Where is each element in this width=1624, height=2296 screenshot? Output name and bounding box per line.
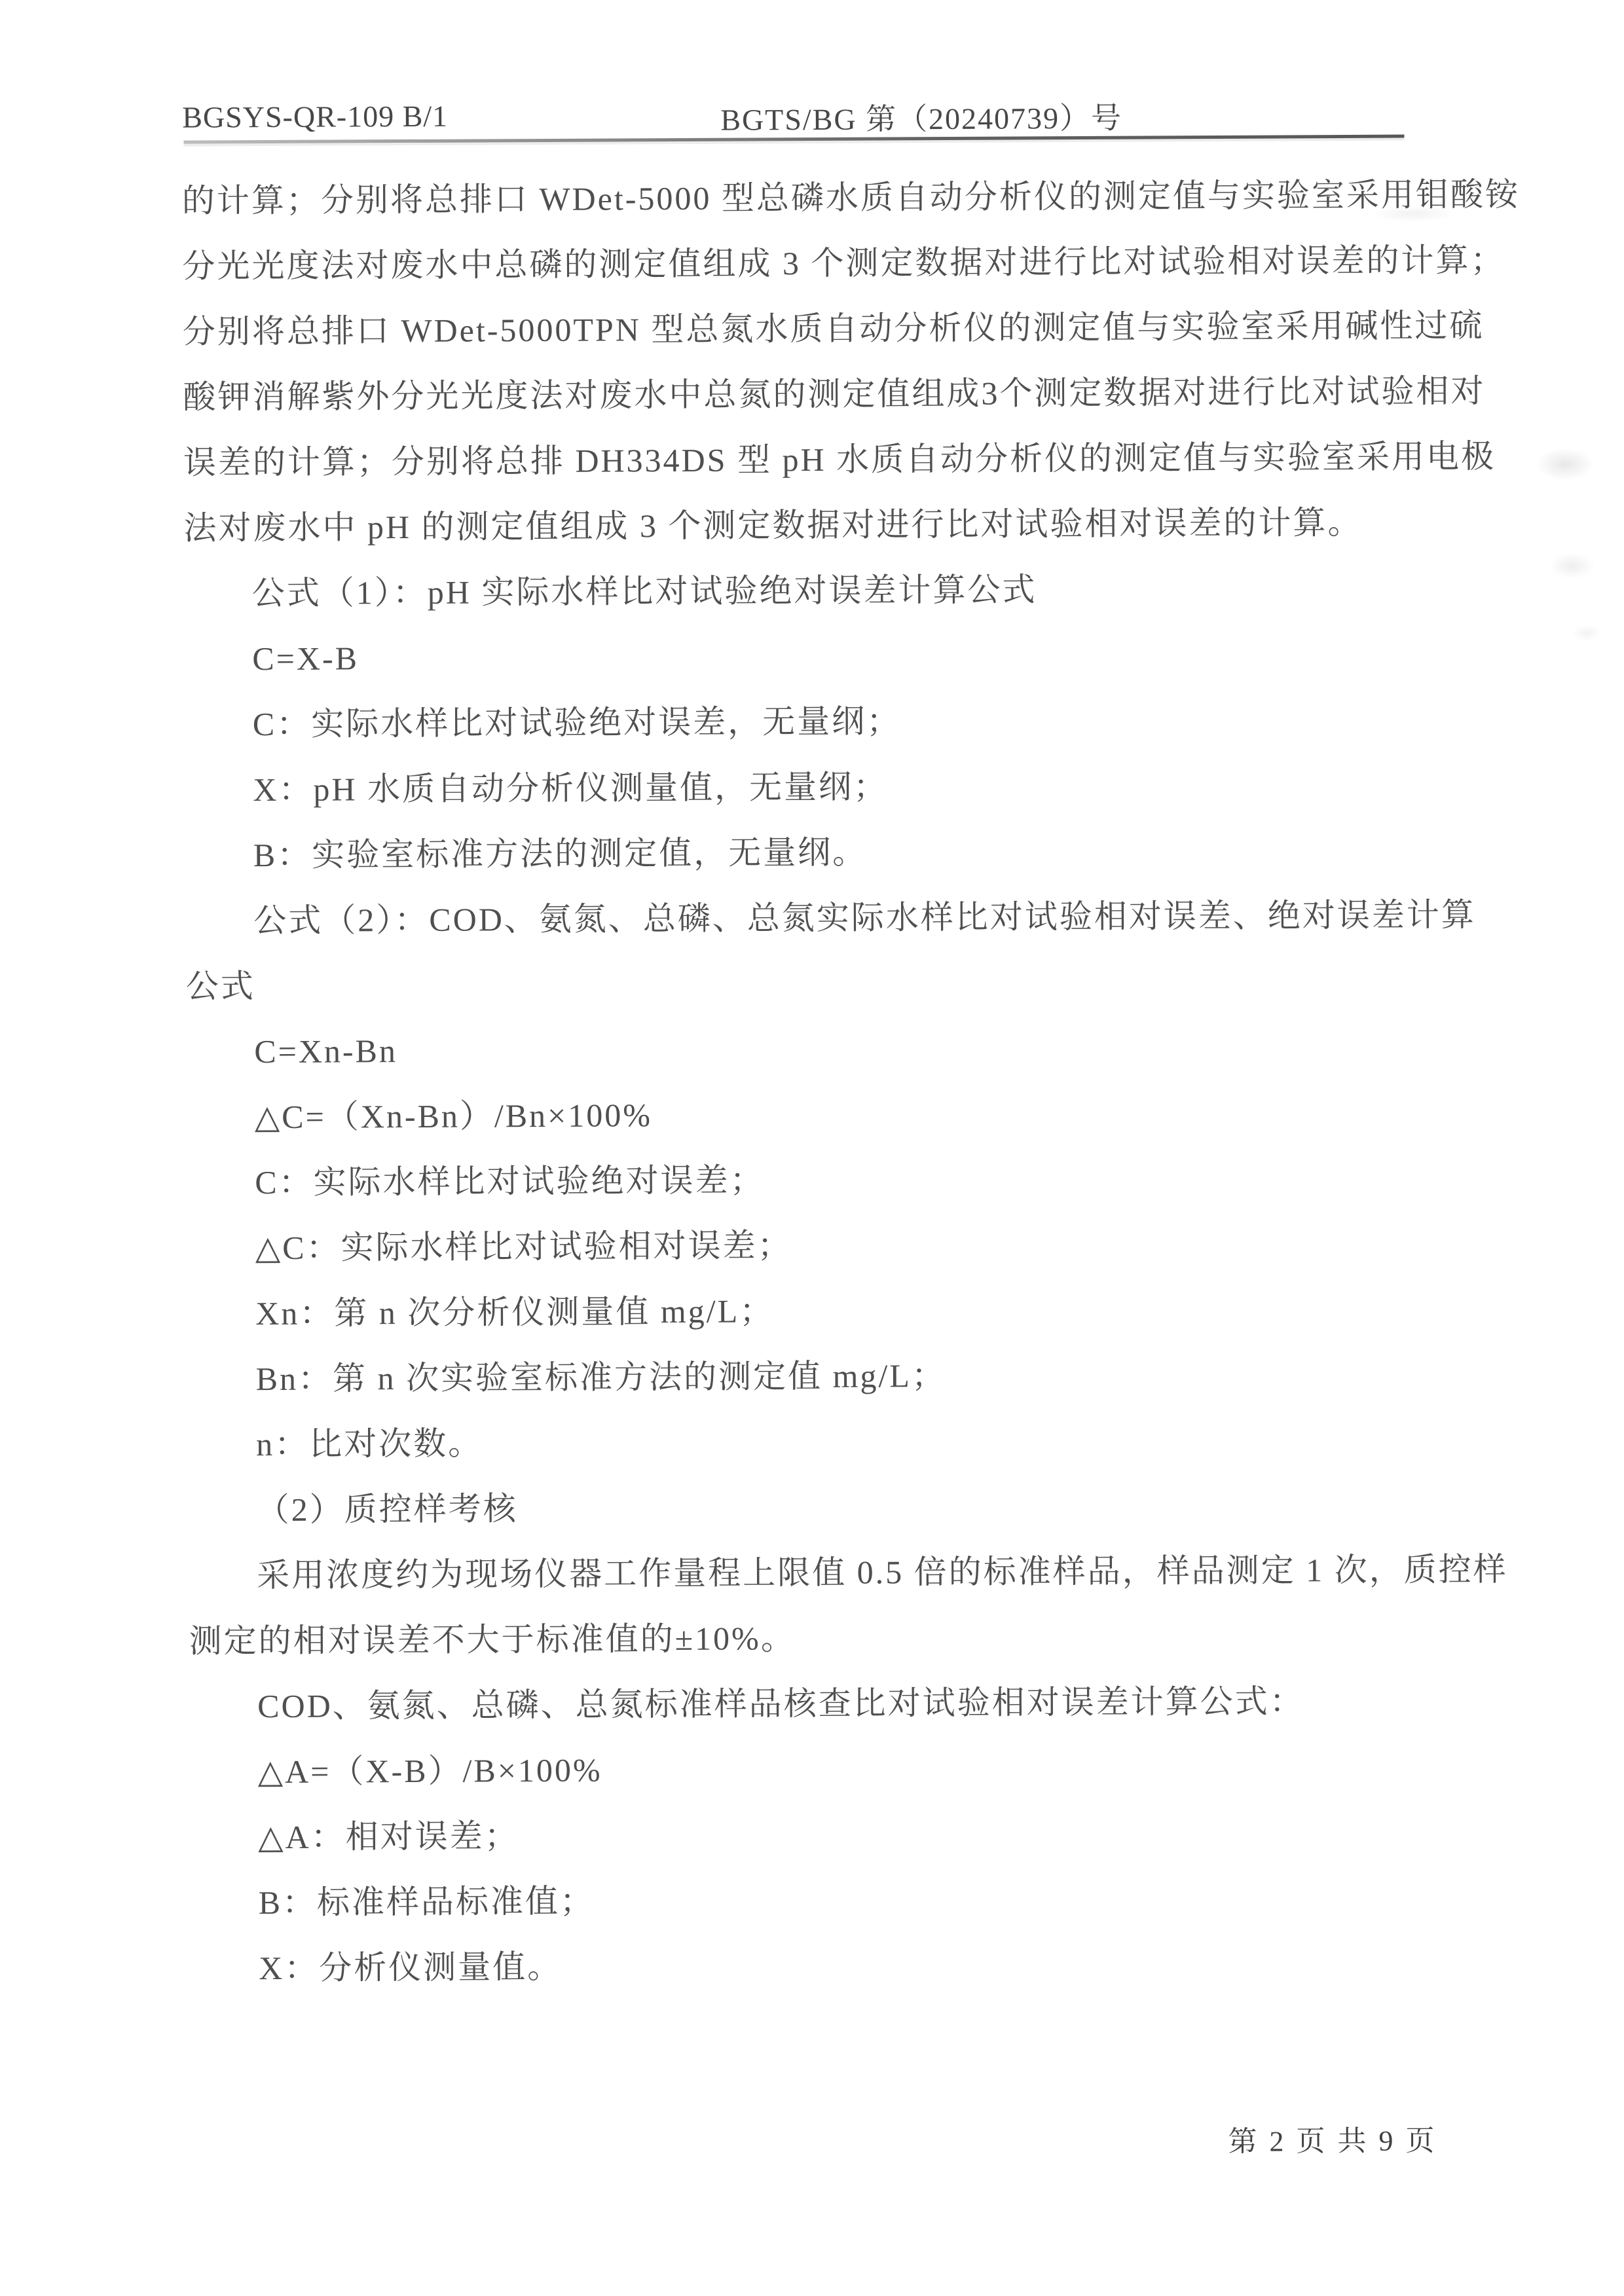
page-number: 第 2 页 共 9 页 [1228, 2117, 1437, 2160]
text-line: 公式（1）：pH 实际水样比对试验绝对误差计算公式 [184, 555, 1533, 627]
text-line: △C=（Xn-Bn）/Bn×100% [187, 1078, 1536, 1150]
text-line: Xn：第 n 次分析仪测量值 mg/L； [187, 1275, 1536, 1347]
form-code: BGSYS-QR-109 B/1 [182, 99, 448, 135]
text-line: C=X-B [184, 620, 1533, 692]
scan-artifact [1549, 553, 1595, 579]
text-line: B：实验室标准方法的测定值，无量纲。 [185, 816, 1534, 888]
text-line: 的计算；分别将总排口 WDet-5000 型总磷水质自动分析仪的测定值与实验室采… [182, 162, 1531, 234]
text-line: X：pH 水质自动分析仪测量值，无量纲； [185, 751, 1534, 823]
text-line: Bn：第 n 次实验室标准方法的测定值 mg/L； [187, 1340, 1536, 1412]
report-number: BGTS/BG 第（20240739）号 [720, 94, 1122, 139]
document-body: 的计算；分别将总排口 WDet-5000 型总磷水质自动分析仪的测定值与实验室采… [182, 162, 1540, 2001]
text-line: n：比对次数。 [188, 1406, 1537, 1478]
text-line: 酸钾消解紫外分光光度法对废水中总氮的测定值组成3个测定数据对进行比对试验相对 [183, 358, 1532, 430]
text-line: 测定的相对误差不大于标准值的±10%。 [189, 1602, 1538, 1674]
text-line: 采用浓度约为现场仪器工作量程上限值 0.5 倍的标准样品，样品测定 1 次，质控… [189, 1537, 1538, 1609]
text-line: X：分析仪测量值。 [191, 1929, 1540, 2001]
text-line: COD、氨氮、总磷、总氮标准样品核查比对试验相对误差计算公式： [189, 1667, 1538, 1740]
text-line: （2）质控样考核 [188, 1471, 1537, 1543]
text-line: 误差的计算；分别将总排 DH334DS 型 pH 水质自动分析仪的测定值与实验室… [183, 424, 1532, 496]
text-line: C：实际水样比对试验绝对误差，无量纲； [185, 685, 1534, 757]
text-line: 公式 [186, 947, 1535, 1019]
scan-artifact [1572, 625, 1602, 642]
text-line: 分别将总排口 WDet-5000TPN 型总氮水质自动分析仪的测定值与实验室采用… [183, 293, 1532, 365]
text-line: △A：相对误差； [190, 1798, 1539, 1870]
text-line: B：标准样品标准值； [190, 1864, 1539, 1936]
text-line: △A=（X-B）/B×100% [189, 1733, 1538, 1805]
document-page: BGSYS-QR-109 B/1 BGTS/BG 第（20240739）号 的计… [0, 0, 1624, 2296]
text-line: 分光光度法对废水中总磷的测定值组成 3 个测定数据对进行比对试验相对误差的计算； [182, 227, 1531, 299]
text-line: 法对废水中 pH 的测定值组成 3 个测定数据对进行比对试验相对误差的计算。 [183, 489, 1532, 561]
text-line: 公式（2）：COD、氨氮、总磷、总氮实际水样比对试验相对误差、绝对误差计算 [185, 882, 1534, 954]
text-line: △C：实际水样比对试验相对误差； [187, 1209, 1536, 1281]
text-line: C：实际水样比对试验绝对误差； [187, 1144, 1536, 1216]
text-line: C=Xn-Bn [186, 1013, 1535, 1085]
scan-artifact [1536, 448, 1595, 481]
